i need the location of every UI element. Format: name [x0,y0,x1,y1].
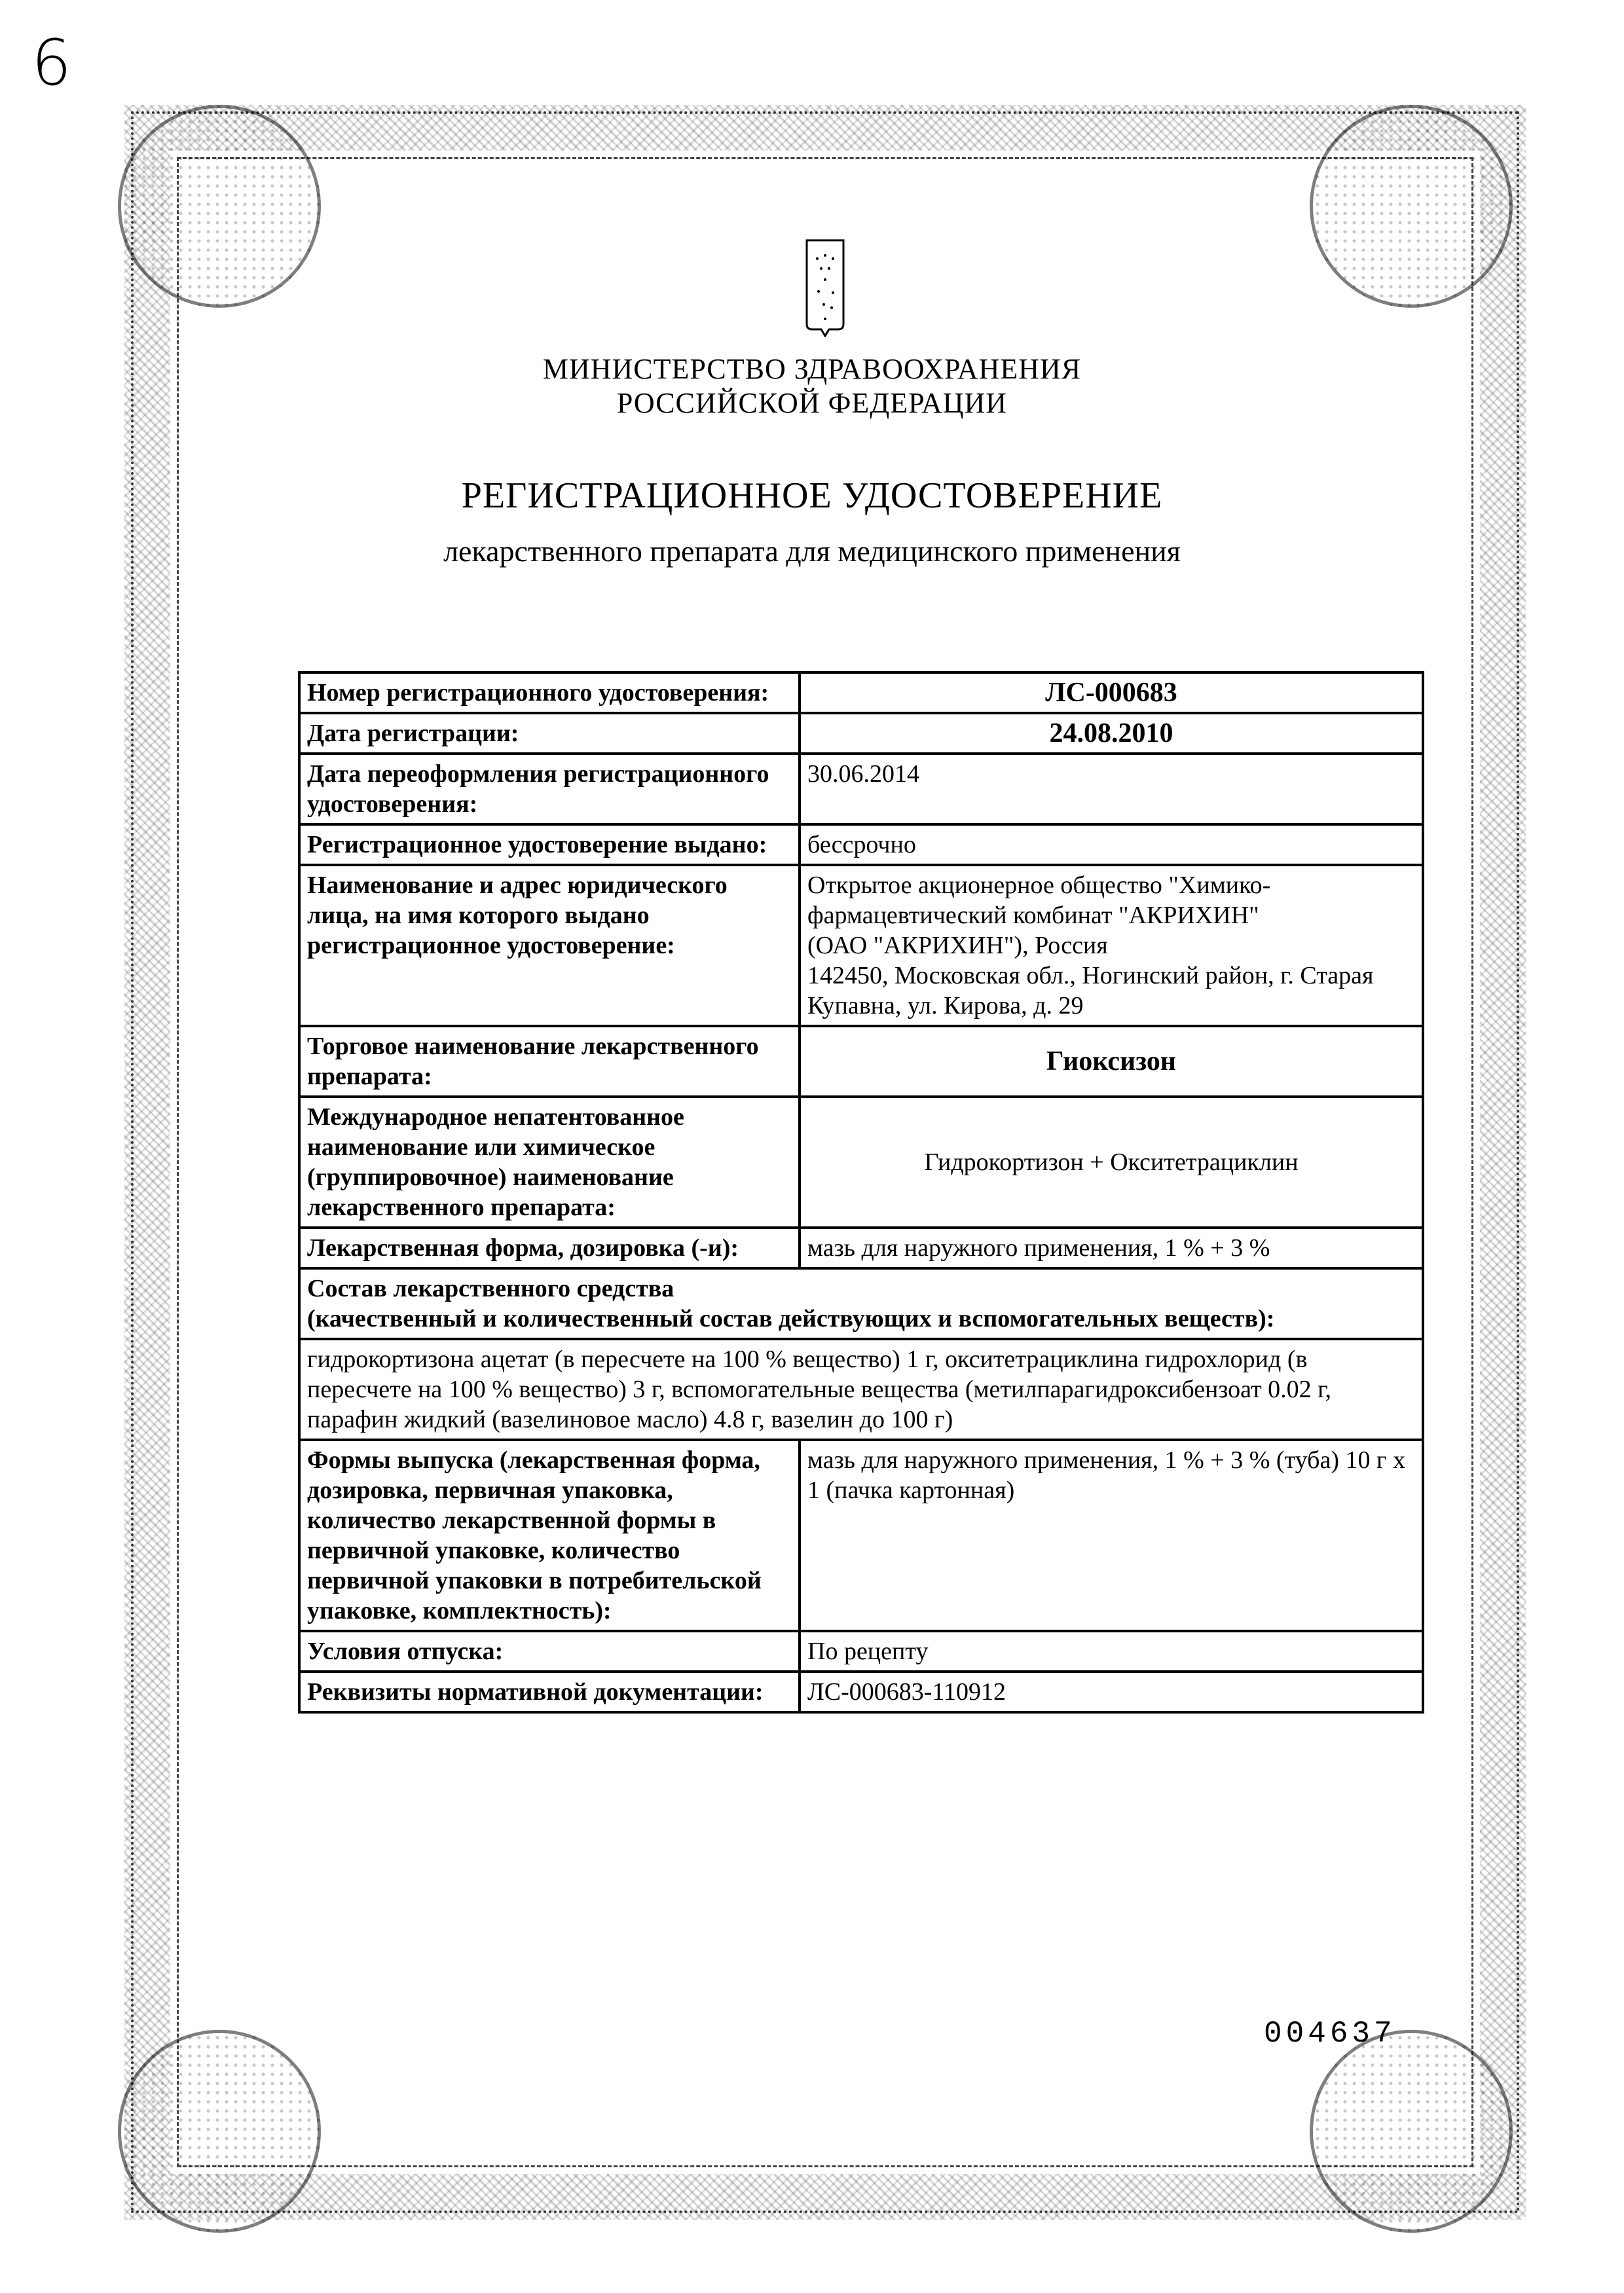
reissue-date-value: 30.06.2014 [800,754,1423,824]
release-forms-value: мазь для наружного применения, 1 % + 3 %… [800,1440,1423,1631]
border-corner-ornament [1310,105,1513,308]
table-row-release-forms: Формы выпуска (лекарственная форма, дози… [299,1440,1423,1631]
registration-details-table: Номер регистрационного удостоверения: ЛС… [298,671,1424,1714]
table-row-registration-number: Номер регистрационного удостоверения: ЛС… [299,672,1423,713]
row-label: Номер регистрационного удостоверения: [299,672,800,713]
coat-of-arms-icon [805,239,845,337]
trade-name-value: Гиоксизон [800,1026,1423,1097]
registration-number-value: ЛС-000683 [800,672,1423,713]
serial-number: 004637 [1264,2017,1396,2051]
document-subtitle: лекарственного препарата для медицинског… [0,534,1624,568]
composition-text: гидрокортизона ацетат (в пересчете на 10… [299,1339,1423,1440]
inn-value: Гидрокортизон + Окситетрациклин [800,1097,1423,1228]
ministry-name-line2: РОССИЙСКОЙ ФЕДЕРАЦИИ [0,386,1624,420]
border-corner-ornament [118,2030,321,2233]
document-title: РЕГИСТРАЦИОННОЕ УДОСТОВЕРЕНИЕ [0,475,1624,517]
table-row-composition-text: гидрокортизона ацетат (в пересчете на 10… [299,1339,1423,1440]
table-row-validity: Регистрационное удостоверение выдано: бе… [299,824,1423,865]
holder-name-line: Открытое акционерное общество "Химико-фа… [807,870,1415,930]
validity-value: бессрочно [800,824,1423,865]
border-corner-ornament [118,105,321,308]
table-row-registration-date: Дата регистрации: 24.08.2010 [299,713,1423,754]
composition-heading-line2: (качественный и количественный состав де… [307,1304,1415,1334]
normative-docs-value: ЛС-000683-110912 [800,1672,1423,1712]
table-row-dispensing: Условия отпуска: По рецепту [299,1631,1423,1672]
holder-value: Открытое акционерное общество "Химико-фа… [800,865,1423,1026]
row-label: Наименование и адрес юридического лица, … [299,865,800,1026]
row-label: Торговое наименование лекарственного пре… [299,1026,800,1097]
dispensing-value: По рецепту [800,1631,1423,1672]
row-label: Дата переоформления регистрационного удо… [299,754,800,824]
row-label: Формы выпуска (лекарственная форма, дози… [299,1440,800,1631]
row-label: Международное непатентованное наименован… [299,1097,800,1228]
dosage-form-value: мазь для наружного применения, 1 % + 3 % [800,1228,1423,1268]
table-row-composition-heading: Состав лекарственного средства (качестве… [299,1268,1423,1339]
holder-short-name-line: (ОАО "АКРИХИН"), Россия [807,930,1415,961]
ministry-name-line1: МИНИСТЕРСТВО ЗДРАВООХРАНЕНИЯ [0,352,1624,386]
composition-heading: Состав лекарственного средства (качестве… [299,1268,1423,1339]
table-row-inn: Международное непатентованное наименован… [299,1097,1423,1228]
row-label: Лекарственная форма, дозировка (-и): [299,1228,800,1268]
table-row-holder: Наименование и адрес юридического лица, … [299,865,1423,1026]
border-corner-ornament [1310,2030,1513,2233]
table-row-trade-name: Торговое наименование лекарственного пре… [299,1026,1423,1097]
holder-address-line: 142450, Московская обл., Ногинский район… [807,961,1415,1021]
row-label: Дата регистрации: [299,713,800,754]
registration-date-value: 24.08.2010 [800,713,1423,754]
table-row-reissue-date: Дата переоформления регистрационного удо… [299,754,1423,824]
row-label: Условия отпуска: [299,1631,800,1672]
row-label: Реквизиты нормативной документации: [299,1672,800,1712]
table-row-normative-docs: Реквизиты нормативной документации: ЛС-0… [299,1672,1423,1712]
composition-heading-line1: Состав лекарственного средства [307,1274,1415,1304]
table-row-dosage-form: Лекарственная форма, дозировка (-и): маз… [299,1228,1423,1268]
handwritten-page-number: 6 [31,26,71,100]
row-label: Регистрационное удостоверение выдано: [299,824,800,865]
